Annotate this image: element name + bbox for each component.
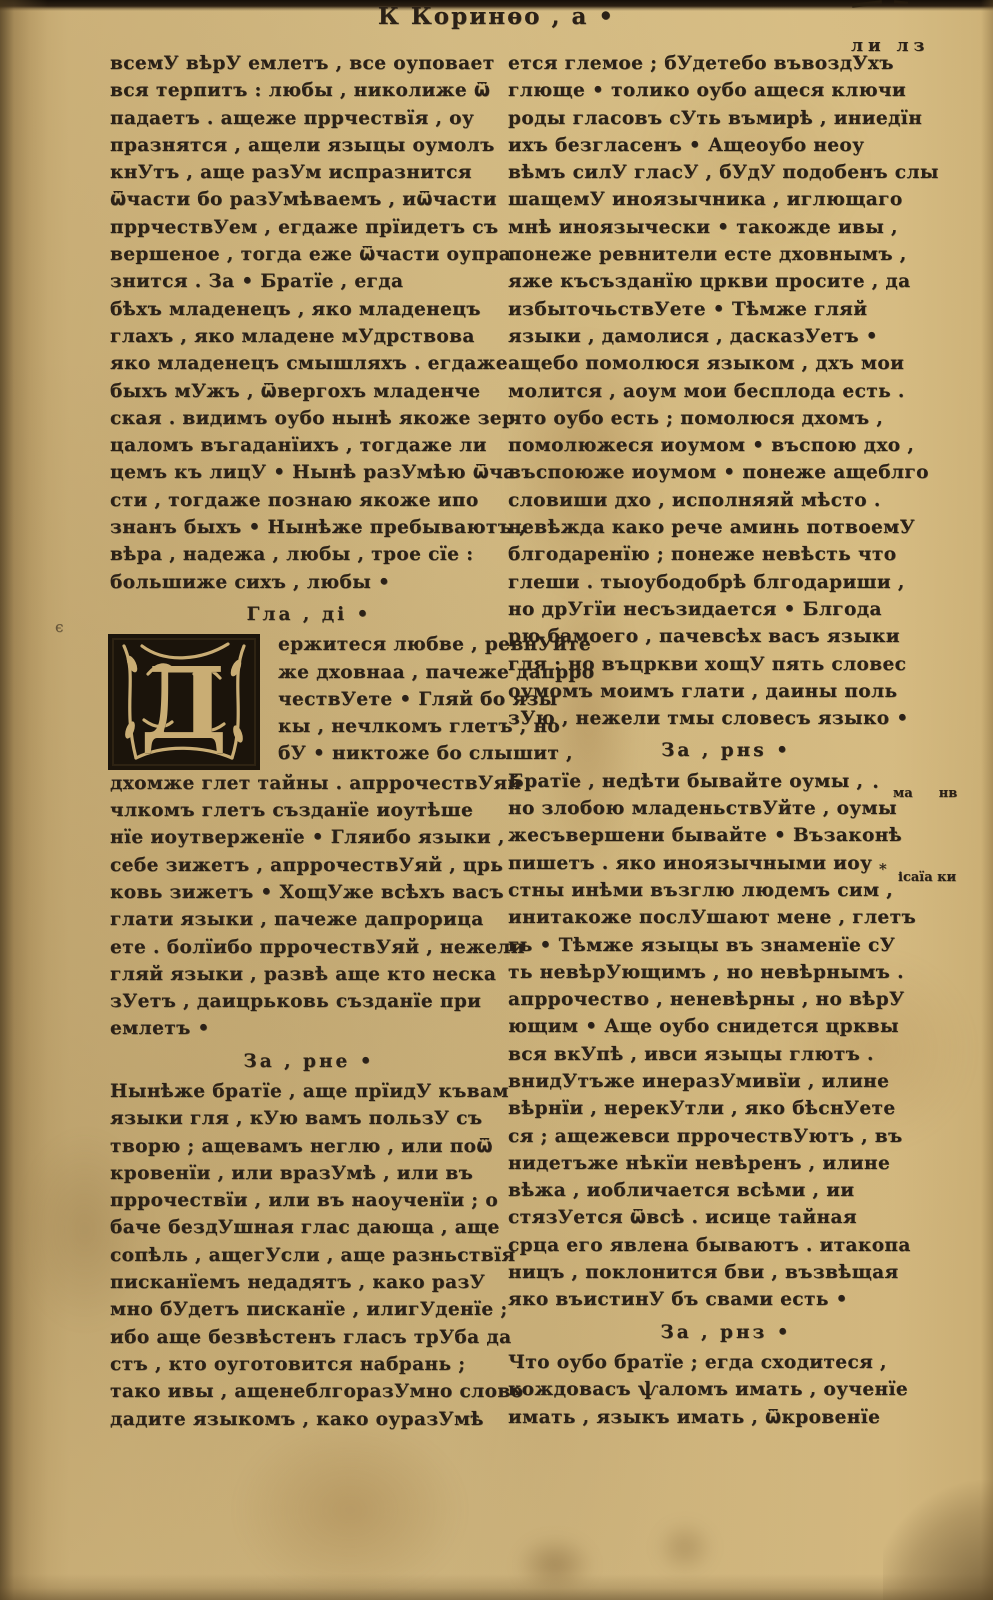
paragraph: дхомже глет тайны . апррочествУяйчлкомъ … (110, 770, 508, 1043)
paragraph: всемУ вѣрУ емлетъ , все оуповаетвся терп… (110, 50, 508, 596)
paragraph: Нынѣже братїе , аще прїидУ къвамязыки гл… (110, 1078, 508, 1433)
margin-note-text: ісаїа ки (898, 870, 956, 885)
page-binding-edge (0, 0, 48, 1600)
text-column-left: всемУ вѣрУ емлетъ , все оуповаетвся терп… (110, 50, 508, 1433)
section-heading: За , рнѕ • (508, 737, 944, 764)
page-corner-shadow (883, 1480, 993, 1600)
page-bottom-edge (0, 1574, 993, 1600)
section-heading: За , рне • (110, 1048, 508, 1075)
woodcut-initial-icon: Д (108, 634, 260, 770)
running-title: К Коринѳо , а • (0, 3, 993, 30)
margin-note-text: ма (893, 786, 913, 801)
footnote-marker: * (879, 860, 887, 878)
paragraph-with-initial: Д ержитеся любве , ревнУйтеже дховнаа , … (110, 631, 508, 767)
quire-mark: є (55, 618, 63, 636)
margin-note: ма нв (893, 786, 957, 801)
paragraph: ержитеся любве , ревнУйтеже дховнаа , па… (278, 631, 508, 767)
ornate-initial-letter: Д (108, 634, 260, 775)
margin-note-text: нв (939, 786, 958, 801)
margin-note: ісаїа ки (898, 870, 956, 885)
text-column-right: ется глемое ; бУдетебо въвоздУхъглюще • … (508, 50, 944, 1431)
paragraph: Братїе , недѣти бывайте оумы ,но злобою … (508, 768, 944, 1314)
chapter-heading: Гла , ді • (110, 601, 508, 628)
svg-text:Д: Д (140, 647, 228, 762)
paragraph: ется глемое ; бУдетебо въвоздУхъглюще • … (508, 50, 944, 732)
book-page: К Коринѳо , а • ли лз є всемУ вѣрУ емлет… (0, 0, 993, 1600)
water-stain (235, 1420, 465, 1600)
paragraph: Что оубо братїе ; егда сходитеся ,кождов… (508, 1349, 944, 1431)
section-heading: За , рнз • (508, 1319, 944, 1346)
page-right-edge (981, 0, 993, 1600)
ink-stain (655, 1520, 715, 1575)
margin-note-dot: • (872, 780, 879, 794)
